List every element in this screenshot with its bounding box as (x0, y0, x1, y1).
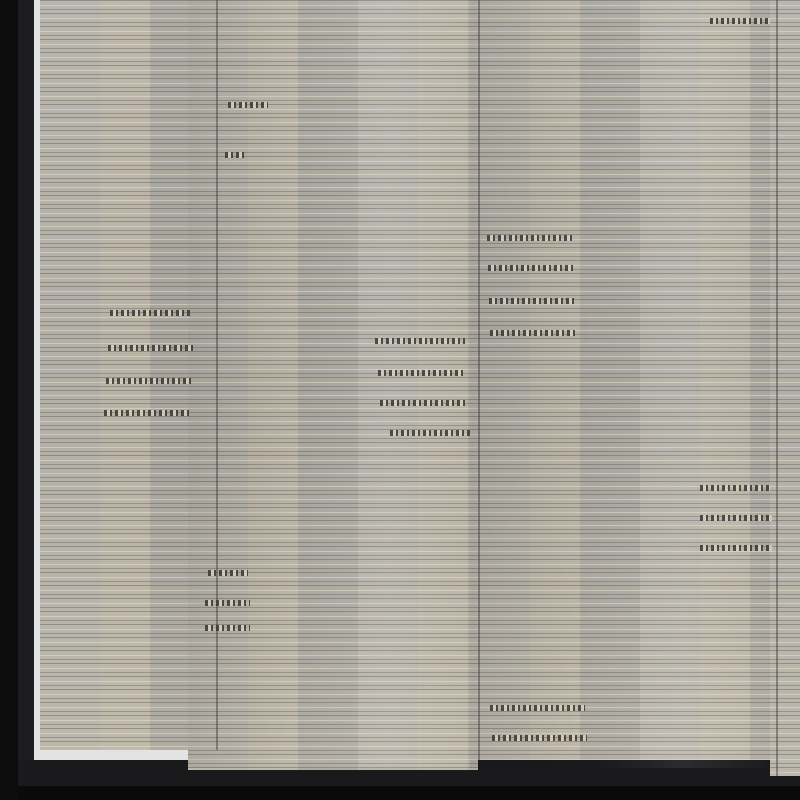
fabric-fold-shade (470, 0, 780, 768)
ikat-motif (228, 102, 268, 108)
ikat-motif (700, 545, 772, 551)
stand-frame-left (0, 0, 18, 800)
fabric-fold-shade (188, 0, 478, 768)
ikat-motif (700, 515, 772, 521)
ikat-motif (378, 370, 463, 376)
ikat-motif (104, 410, 192, 416)
ikat-motif (487, 235, 572, 241)
fabric-seam (478, 0, 480, 760)
ikat-motif (488, 265, 576, 271)
ikat-motif (700, 485, 770, 491)
ikat-motif (490, 705, 585, 711)
stand-frame-inner (18, 0, 34, 800)
ikat-motif (375, 338, 465, 344)
ikat-motif (489, 298, 574, 304)
stand-base-shadow (18, 786, 800, 800)
fabric-seam (216, 0, 218, 750)
ikat-motif (110, 310, 190, 316)
fabric-seam (776, 0, 778, 776)
ikat-motif (106, 378, 194, 384)
ikat-motif (205, 625, 250, 631)
ikat-motif (490, 330, 575, 336)
ikat-motif (205, 600, 250, 606)
ikat-motif (492, 735, 587, 741)
ikat-motif (380, 400, 465, 406)
ikat-motif (390, 430, 470, 436)
ikat-motif (108, 345, 193, 351)
ikat-motif (208, 570, 248, 576)
ikat-motif (710, 18, 770, 24)
ikat-motif (225, 152, 247, 158)
